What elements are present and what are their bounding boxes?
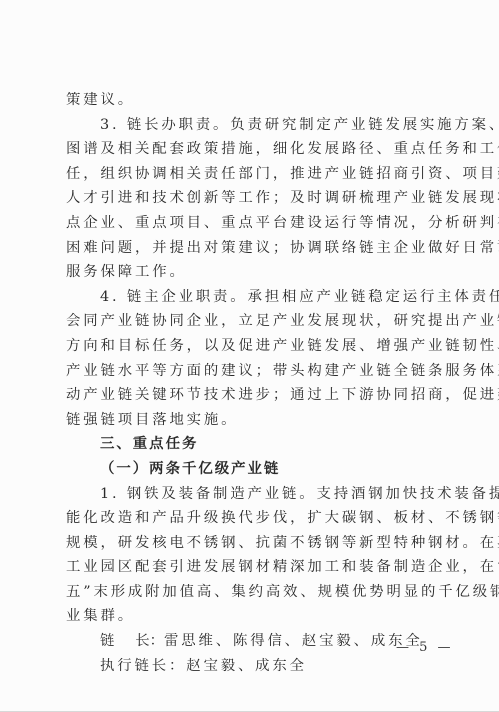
paragraph-line: 人才引进和技术创新等工作；及时调研梳理产业链发展现状及重: [66, 186, 468, 211]
page-number: — 5 —: [396, 640, 454, 655]
executive-chain-leaders-names: 赵宝毅、成东全: [186, 658, 307, 674]
paragraph-line: 会同产业链协同企业，立足产业发展现状，研究提出产业链发展: [66, 309, 468, 334]
paragraph-line: 服务保障工作。: [66, 260, 468, 285]
executive-chain-leaders-label: 执行链长：: [100, 658, 186, 674]
paragraph-line: 业集群。: [66, 604, 468, 629]
paragraph-line: 图谱及相关配套政策措施，细化发展路径、重点任务和工作责: [66, 137, 468, 162]
paragraph-line: 规模，研发核电不锈钢、抗菌不锈钢等新型特种钢材。在嘉峪关: [66, 531, 468, 556]
paragraph-line: 能化改造和产品升级换代步伐，扩大碳钢、板材、不锈钢等生产: [66, 506, 468, 531]
paragraph-line: 链强链项目落地实施。: [66, 408, 468, 433]
chain-leaders-label: 链长：: [100, 629, 164, 654]
paragraph-line: 任，组织协调相关责任部门，推进产业链招商引资、项目建设、: [66, 162, 468, 187]
paragraph-line: 五”末形成附加值高、集约高效、规模优势明显的千亿级钢铁产: [66, 580, 468, 605]
paragraph-line: 困难问题，并提出对策建议；协调联络链主企业做好日常调度、: [66, 236, 468, 261]
document-page: 策建议。 3. 链长办职责。负责研究制定产业链发展实施方案、产业链 图谱及相关配…: [0, 0, 499, 712]
subsection-heading: （一）两条千亿级产业链: [66, 457, 468, 482]
paragraph-line: 动产业链关键环节技术进步；通过上下游协同招商，促进延链补: [66, 383, 468, 408]
paragraph-line: 产业链水平等方面的建议；带头构建产业链全链条服务体系，推: [66, 359, 468, 384]
paragraph-line: 策建议。: [66, 88, 468, 113]
executive-chain-leaders-line: 执行链长：赵宝毅、成东全: [66, 654, 468, 679]
paragraph-line: 3. 链长办职责。负责研究制定产业链发展实施方案、产业链: [66, 113, 468, 138]
document-body: 策建议。 3. 链长办职责。负责研究制定产业链发展实施方案、产业链 图谱及相关配…: [66, 88, 468, 678]
paragraph-line: 点企业、重点项目、重点平台建设运行等情况，分析研判存在的: [66, 211, 468, 236]
section-heading: 三、重点任务: [66, 432, 468, 457]
paragraph-line: 方向和目标任务，以及促进产业链发展、增强产业链韧性、提升: [66, 334, 468, 359]
paragraph-line: 4. 链主企业职责。承担相应产业链稳定运行主体责任。负责: [66, 285, 468, 310]
paragraph-line: 1. 钢铁及装备制造产业链。支持酒钢加快技术装备提升、智: [66, 482, 468, 507]
paragraph-line: 工业园区配套引进发展钢材精深加工和装备制造企业，在“十四: [66, 555, 468, 580]
chain-leaders-names: 雷思维、陈得信、赵宝毅、成东全: [164, 633, 423, 649]
